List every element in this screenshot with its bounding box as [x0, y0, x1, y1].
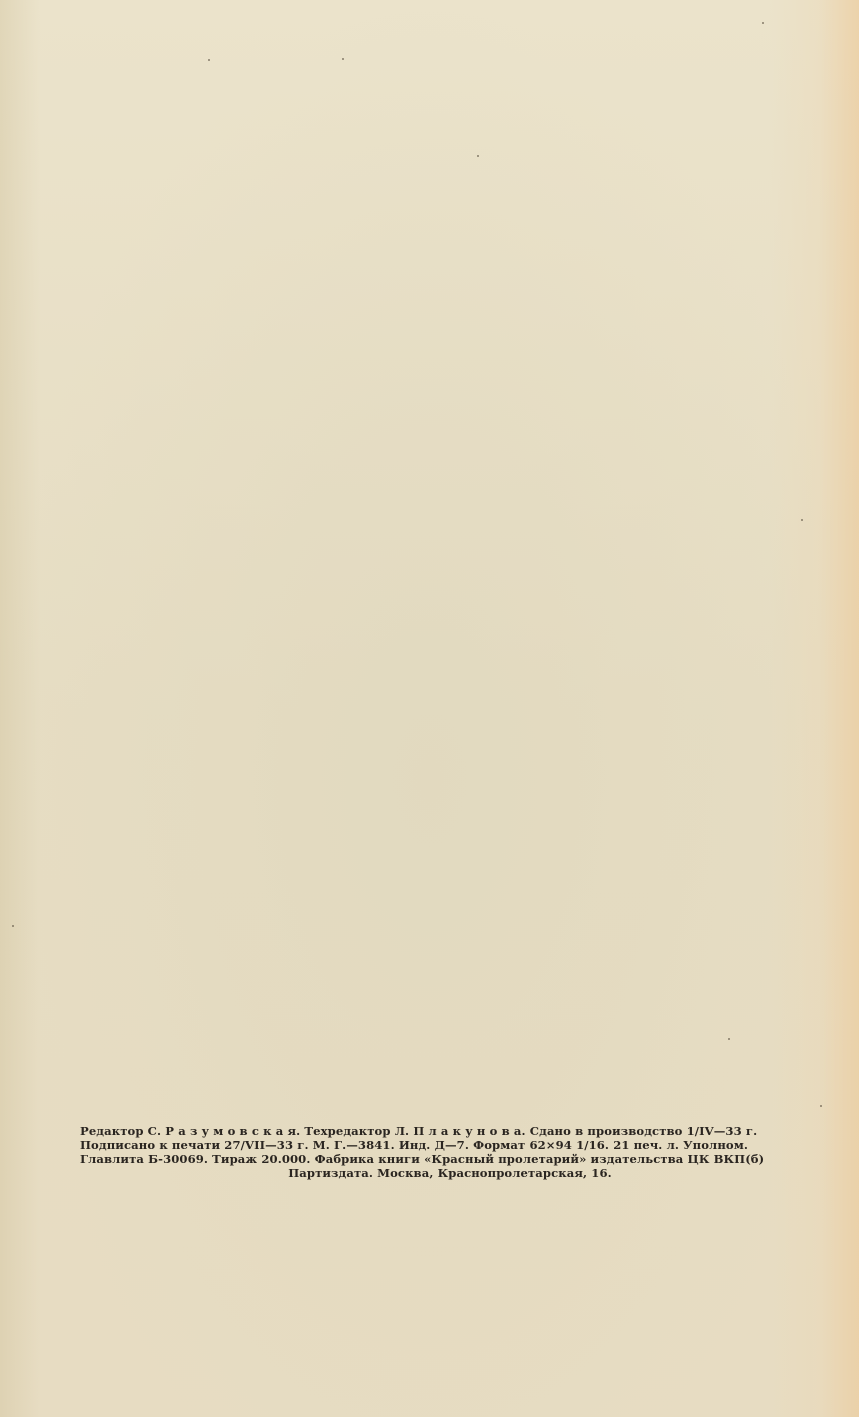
paper-speck: [12, 925, 14, 927]
colophon-imprint: Редактор С. Р а з у м о в с к а я. Техре…: [80, 1124, 820, 1180]
paper-speck: [208, 59, 210, 61]
paper-speck: [762, 22, 764, 24]
imprint-line-circulation: Главлита Б-30069. Тираж 20.000. Фабрика …: [80, 1152, 820, 1166]
imprint-line-print-details: Подписано к печати 27/VII—33 г. М. Г.—38…: [80, 1138, 820, 1152]
imprint-line-address: Партиздата. Москва, Краснопролетарская, …: [80, 1166, 820, 1180]
paper-speck: [801, 519, 803, 521]
scanned-page: [0, 0, 859, 1417]
paper-speck: [820, 1105, 822, 1107]
paper-speck: [728, 1038, 730, 1040]
paper-speck: [342, 58, 344, 60]
imprint-line-editors: Редактор С. Р а з у м о в с к а я. Техре…: [80, 1124, 820, 1138]
paper-speck: [477, 155, 479, 157]
